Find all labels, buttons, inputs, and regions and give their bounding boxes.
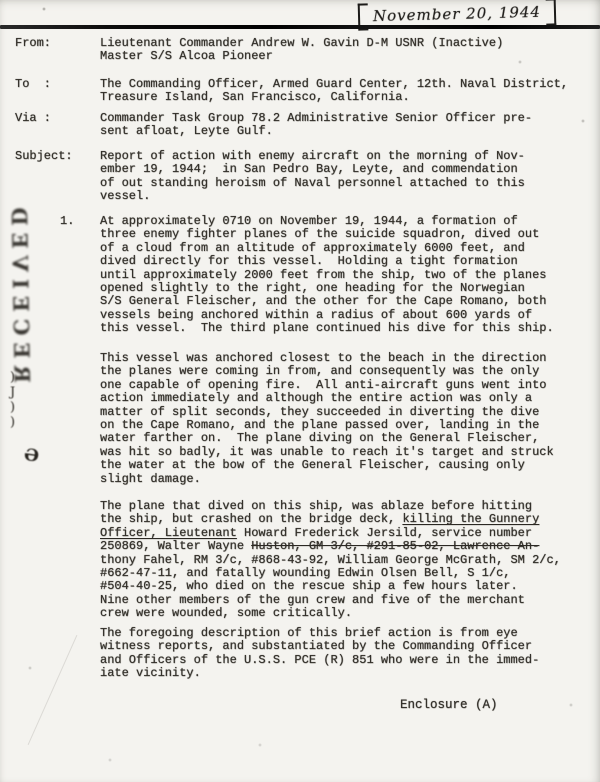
paragraph-2: This vessel was anchored closest to the … (100, 352, 582, 486)
paragraph-3-text: thony Fahel, RM 3/c, #868-43-92, William… (100, 553, 561, 621)
right-bracket-mark (546, 0, 557, 25)
margin-stamp-bleedthrough: RECEIVED (5, 193, 34, 383)
field-value-from: Lieutenant Commander Andrew W. Gavin D-M… (100, 37, 580, 64)
enclosure-label: Enclosure (A) (400, 699, 498, 712)
handwritten-date-text: November 20, 1944 (373, 3, 541, 25)
field-label-subject: Subject: (15, 150, 73, 163)
margin-ink-marks: ) J ) ) (10, 370, 15, 430)
scanned-naval-report-page: November 20, 1944 From: Lieutenant Comma… (0, 0, 600, 782)
paragraph-1: At approximately 0710 on November 19, 19… (100, 215, 582, 336)
paragraph-4: The foregoing description of this brief … (100, 627, 582, 681)
field-label-from: From: (15, 37, 51, 50)
paper-crease (28, 635, 78, 745)
paragraph-number: 1. (60, 215, 74, 228)
field-value-subject: Report of action with enemy aircraft on … (100, 150, 580, 204)
margin-ink-blob: Ə (23, 445, 40, 467)
field-label-to: To : (15, 78, 51, 91)
struck-through-names-text: Huston, GM 3/c, #291-85-02, Lawrence An- (251, 539, 539, 553)
field-value-via: Commander Task Group 78.2 Administrative… (100, 112, 580, 139)
paragraph-3: The plane that dived on this ship, was a… (100, 500, 582, 621)
horizontal-rule (0, 25, 600, 29)
field-value-to: The Commanding Officer, Armed Guard Cent… (100, 78, 580, 105)
field-label-via: Via : (15, 112, 51, 125)
